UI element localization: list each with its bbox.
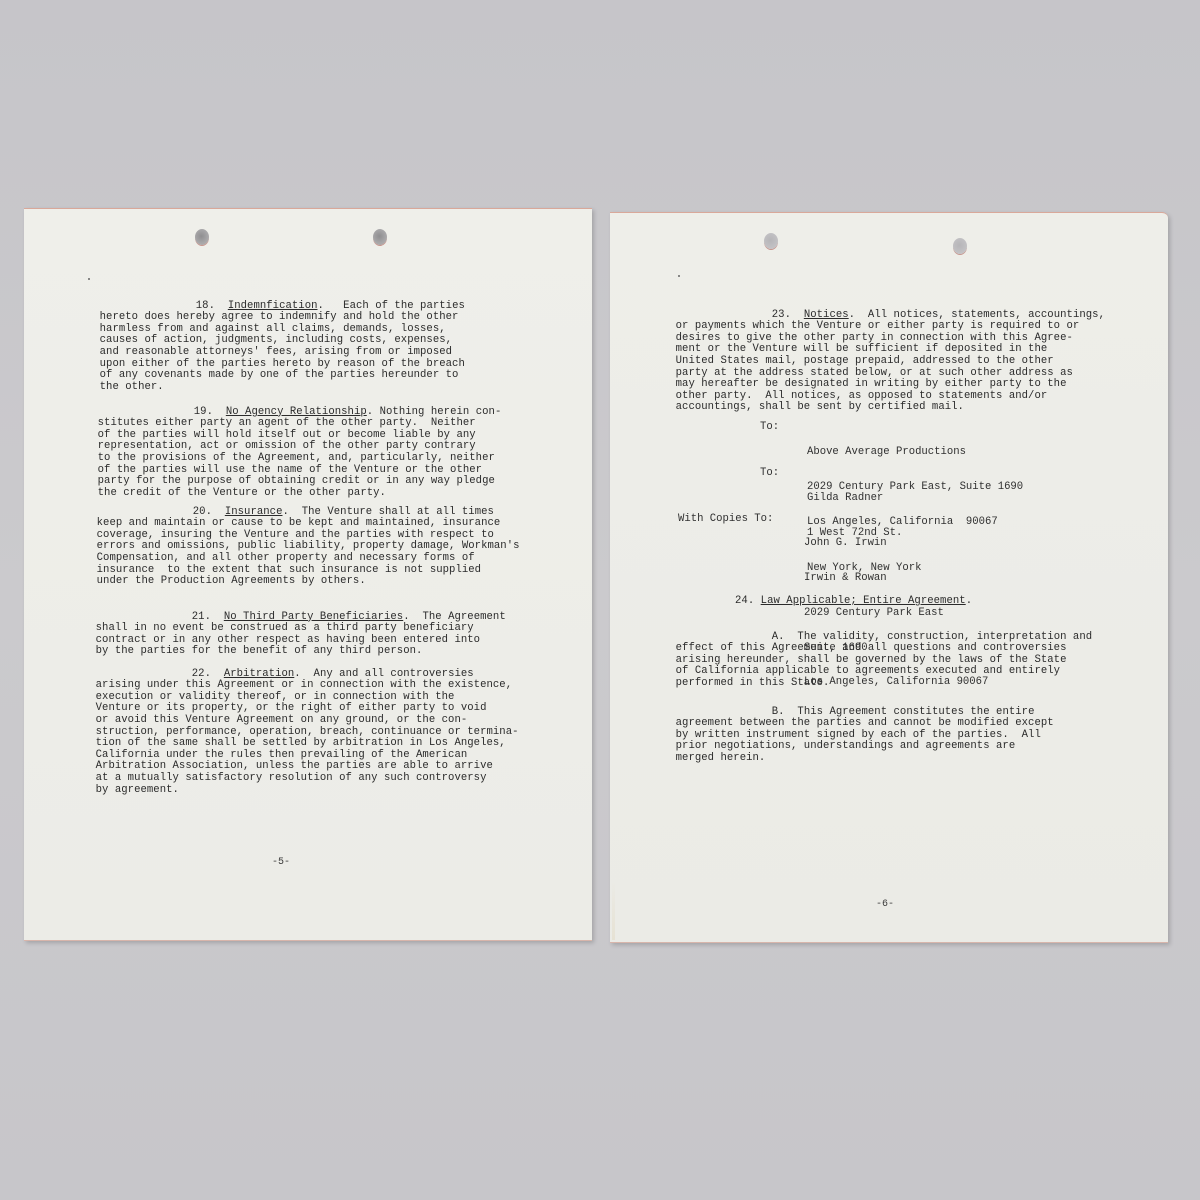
section-line: by written instrument signed by each of … bbox=[676, 729, 1041, 741]
section-18: 18. Indemnfication. Each of the parties … bbox=[74, 289, 465, 405]
section-line: agreement between the parties and cannot… bbox=[676, 717, 1054, 729]
section-first-line: 19. No Agency Relationship. Nothing here… bbox=[98, 406, 502, 418]
punch-hole bbox=[373, 229, 387, 245]
section-heading: Law Applicable; Entire Agreement bbox=[761, 595, 966, 607]
paper-crease bbox=[612, 880, 615, 940]
section-line: desires to give the other party in conne… bbox=[676, 332, 1073, 344]
section-24-b: B. This Agreement constitutes the entire… bbox=[650, 695, 1054, 776]
section-number: 19. bbox=[194, 406, 213, 418]
section-line: by agreement. bbox=[96, 784, 179, 796]
section-line: upon either of the parties hereto by rea… bbox=[100, 358, 465, 370]
subsection-label: B. bbox=[772, 706, 785, 718]
section-line: performed in this State. bbox=[676, 677, 830, 689]
section-line: under the Production Agreements by other… bbox=[97, 575, 366, 587]
section-line: Any and all controversies bbox=[314, 668, 474, 680]
section-number: 22. bbox=[192, 668, 211, 680]
section-line: tion of the same shall be settled by arb… bbox=[96, 737, 506, 749]
section-line: United States mail, postage prepaid, add… bbox=[676, 355, 1054, 367]
section-line: other party. All notices, as opposed to … bbox=[676, 390, 1048, 402]
section-line: of the parties will use the name of the … bbox=[98, 464, 482, 476]
section-line: The Venture shall at all times bbox=[302, 506, 494, 518]
section-line: Nothing herein con- bbox=[380, 406, 502, 418]
section-line: The Agreement bbox=[422, 611, 505, 623]
address-label: To: bbox=[760, 422, 779, 434]
section-line: Venture or its property, or the right of… bbox=[96, 702, 487, 714]
section-22: 22. Arbitration. Any and all controversi… bbox=[70, 657, 519, 808]
section-line: Each of the parties bbox=[343, 300, 465, 312]
section-heading: Arbitration bbox=[224, 668, 294, 680]
section-line: party at the address stated below, or at… bbox=[676, 367, 1073, 379]
section-line: and reasonable attorneys' fees, arising … bbox=[100, 346, 452, 358]
page-number: -5- bbox=[272, 857, 290, 868]
section-line: arising hereunder, shall be governed by … bbox=[676, 654, 1067, 666]
section-line: Compensation, and all other property and… bbox=[97, 552, 475, 564]
section-line: prior negotiations, understandings and a… bbox=[676, 740, 1016, 752]
section-line: of California applicable to agreements e… bbox=[676, 665, 1060, 677]
section-line: insurance to the extent that such insura… bbox=[97, 564, 481, 576]
subsection-label: A. bbox=[772, 631, 785, 643]
speck-mark bbox=[88, 278, 90, 280]
section-number: 18. bbox=[196, 300, 215, 312]
section-line: struction, performance, operation, breac… bbox=[96, 726, 519, 738]
section-first-line: 20. Insurance. The Venture shall at all … bbox=[97, 506, 494, 518]
section-line: All notices, statements, accountings, bbox=[868, 309, 1105, 321]
section-number: 20. bbox=[193, 506, 212, 518]
address-label: To: bbox=[760, 468, 779, 480]
section-line: execution or validity thereof, or in con… bbox=[96, 691, 455, 703]
address-line: Irwin & Rowan bbox=[804, 573, 988, 585]
section-line: Arbitration Association, unless the part… bbox=[96, 760, 493, 772]
page-number: -6- bbox=[876, 899, 894, 910]
section-first-line: 23. Notices. All notices, statements, ac… bbox=[676, 309, 1105, 321]
section-heading: No Third Party Beneficiaries bbox=[224, 611, 403, 623]
section-line: or payments which the Venture or either … bbox=[676, 320, 1080, 332]
punch-hole bbox=[764, 233, 778, 249]
section-line: The validity, construction, interpretati… bbox=[797, 631, 1092, 643]
section-number: 23. bbox=[772, 309, 791, 321]
section-line: accountings, shall be sent by certified … bbox=[676, 401, 964, 413]
section-line: This Agreement constitutes the entire bbox=[797, 706, 1034, 718]
section-line: shall in no event be construed as a thir… bbox=[96, 622, 474, 634]
section-first-line: 21. No Third Party Beneficiaries. The Ag… bbox=[96, 611, 506, 623]
section-number: 21. bbox=[192, 611, 211, 623]
address-line: Above Average Productions bbox=[807, 447, 1023, 459]
section-line: hereto does hereby agree to indemnify an… bbox=[100, 311, 459, 323]
section-line: of the parties will hold itself out or b… bbox=[98, 429, 476, 441]
section-line: keep and maintain or cause to be kept an… bbox=[97, 517, 501, 529]
section-line: by the parties for the benefit of any th… bbox=[96, 645, 423, 657]
section-line: the other. bbox=[100, 381, 164, 393]
address-line: 2029 Century Park East bbox=[804, 608, 988, 620]
section-line: merged herein. bbox=[676, 752, 766, 764]
section-19: 19. No Agency Relationship. Nothing here… bbox=[72, 395, 501, 511]
section-24-a: A. The validity, construction, interpret… bbox=[650, 620, 1092, 701]
section-line: ment or the Venture will be sufficient i… bbox=[676, 343, 1048, 355]
section-line: may hereafter be designated in writing b… bbox=[676, 378, 1067, 390]
document-page-6: 23. Notices. All notices, statements, ac… bbox=[610, 212, 1168, 943]
section-heading: Insurance bbox=[225, 506, 283, 518]
address-line: John G. Irwin bbox=[804, 538, 988, 550]
section-line: or avoid this Venture Agreement on any g… bbox=[96, 714, 468, 726]
address-line: Gilda Radner bbox=[807, 493, 921, 505]
punch-hole bbox=[953, 238, 967, 254]
section-line: coverage, insuring the Venture and the p… bbox=[97, 529, 494, 541]
section-first-line: 22. Arbitration. Any and all controversi… bbox=[96, 668, 474, 680]
subsection-first-line: B. This Agreement constitutes the entire bbox=[676, 706, 1035, 718]
section-heading: No Agency Relationship bbox=[226, 406, 367, 418]
section-24-heading: 24. Law Applicable; Entire Agreement. bbox=[735, 596, 972, 608]
section-line: contract or in any other respect as havi… bbox=[96, 634, 480, 646]
section-heading: Indemnfication bbox=[228, 300, 318, 312]
section-23: 23. Notices. All notices, statements, ac… bbox=[650, 298, 1105, 426]
section-line: representation, act or omission of the o… bbox=[98, 440, 476, 452]
speck-mark bbox=[678, 275, 680, 277]
section-20: 20. Insurance. The Venture shall at all … bbox=[71, 495, 520, 599]
address-label: With Copies To: bbox=[678, 514, 773, 526]
section-line: to the provisions of the Agreement, and,… bbox=[98, 452, 495, 464]
section-line: party for the purpose of obtaining credi… bbox=[98, 475, 495, 487]
section-line: California under the rules then prevaili… bbox=[96, 749, 468, 761]
section-first-line: 18. Indemnfication. Each of the parties bbox=[100, 300, 465, 312]
section-line: stitutes either party an agent of the ot… bbox=[98, 417, 476, 429]
section-line: harmless from and against all claims, de… bbox=[100, 323, 446, 335]
section-line: of any covenants made by one of the part… bbox=[100, 369, 459, 381]
section-line: errors and omissions, public liability, … bbox=[97, 540, 520, 552]
section-number: 24. bbox=[735, 595, 754, 607]
document-page-5: 18. Indemnfication. Each of the parties … bbox=[24, 208, 592, 941]
subsection-first-line: A. The validity, construction, interpret… bbox=[676, 631, 1093, 643]
section-line: effect of this Agreement, and all questi… bbox=[676, 642, 1067, 654]
punch-hole bbox=[195, 229, 209, 245]
section-line: arising under this Agreement or in conne… bbox=[96, 679, 512, 691]
section-line: at a mutually satisfactory resolution of… bbox=[96, 772, 487, 784]
section-line: causes of action, judgments, including c… bbox=[100, 334, 452, 346]
section-heading: Notices bbox=[804, 309, 849, 321]
